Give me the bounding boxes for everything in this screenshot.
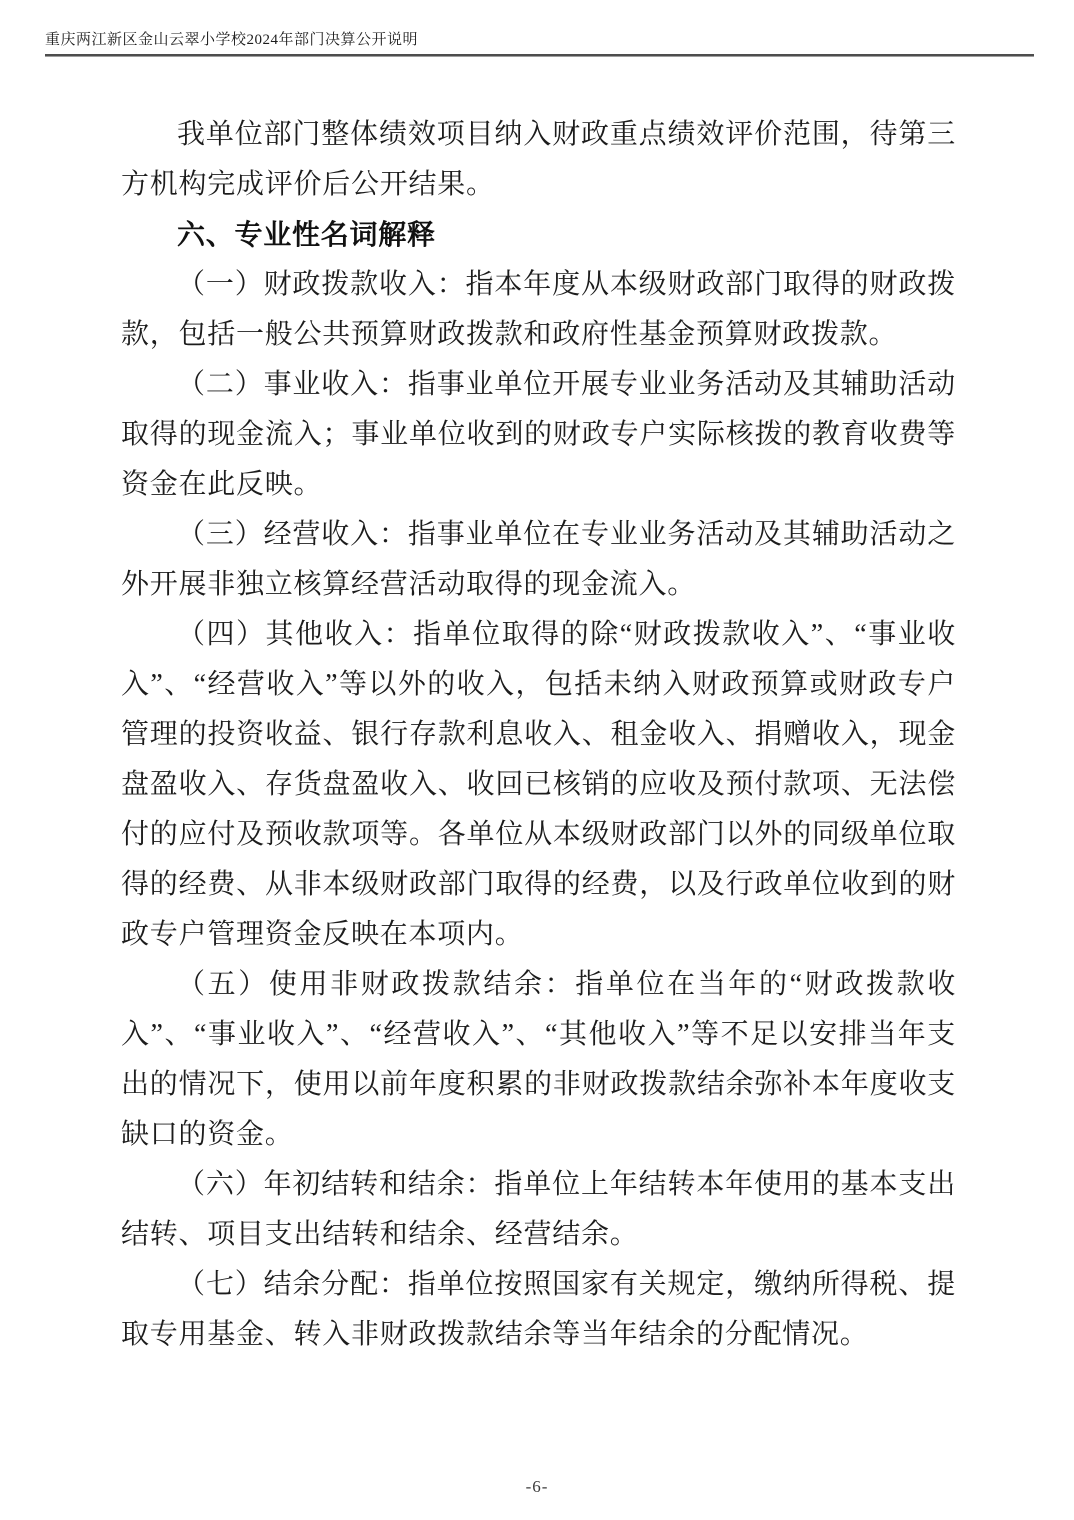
page-header: 重庆两江新区金山云翠小学校2024年部门决算公开说明 <box>45 30 1034 57</box>
term-definition-2: （二）事业收入：指事业单位开展专业业务活动及其辅助活动取得的现金流入；事业单位收… <box>121 360 956 510</box>
term-definition-5: （五）使用非财政拨款结余：指单位在当年的“财政拨款收入”、“事业收入”、“经营收… <box>121 960 956 1160</box>
section-heading: 六、专业性名词解释 <box>121 210 956 260</box>
page-number: -6- <box>0 1477 1074 1497</box>
document-page: 重庆两江新区金山云翠小学校2024年部门决算公开说明 我单位部门整体绩效项目纳入… <box>0 0 1074 1520</box>
term-definition-3: （三）经营收入：指事业单位在专业业务活动及其辅助活动之外开展非独立核算经营活动取… <box>121 510 956 610</box>
document-body: 我单位部门整体绩效项目纳入财政重点绩效评价范围，待第三方机构完成评价后公开结果。… <box>121 110 956 1360</box>
term-definition-6: （六）年初结转和结余：指单位上年结转本年使用的基本支出结转、项目支出结转和结余、… <box>121 1160 956 1260</box>
term-definition-4: （四）其他收入：指单位取得的除“财政拨款收入”、“事业收入”、“经营收入”等以外… <box>121 610 956 960</box>
term-definition-7: （七）结余分配：指单位按照国家有关规定，缴纳所得税、提取专用基金、转入非财政拨款… <box>121 1260 956 1360</box>
header-title: 重庆两江新区金山云翠小学校2024年部门决算公开说明 <box>45 30 1034 50</box>
term-definition-1: （一）财政拨款收入：指本年度从本级财政部门取得的财政拨款，包括一般公共预算财政拨… <box>121 260 956 360</box>
paragraph-intro: 我单位部门整体绩效项目纳入财政重点绩效评价范围，待第三方机构完成评价后公开结果。 <box>121 110 956 210</box>
header-rule <box>45 54 1034 57</box>
